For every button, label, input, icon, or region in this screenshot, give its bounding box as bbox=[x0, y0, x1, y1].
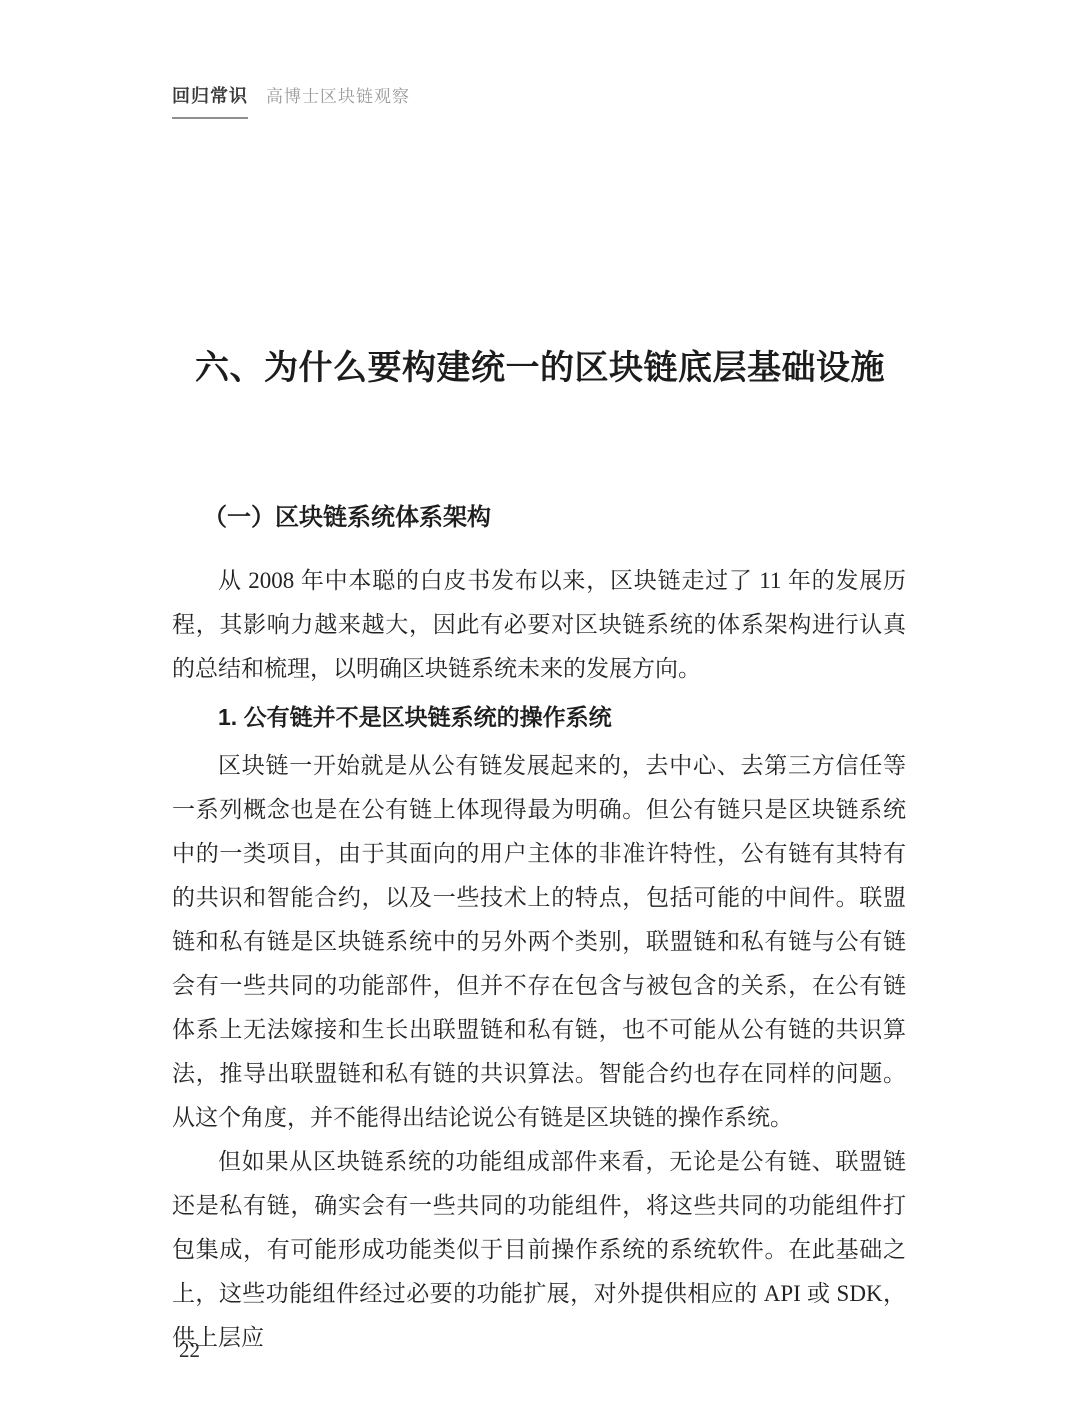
book-page: 回归常识 高博士区块链观察 六、为什么要构建统一的区块链底层基础设施 （一）区块… bbox=[0, 0, 1080, 1419]
header-subtitle: 高博士区块链观察 bbox=[266, 82, 410, 107]
paragraph-1: 从 2008 年中本聪的白皮书发布以来，区块链走过了 11 年的发展历程，其影响… bbox=[172, 559, 906, 691]
page-number: 22 bbox=[179, 1338, 200, 1363]
page-header: 回归常识 高博士区块链观察 bbox=[172, 82, 410, 119]
body-text: 从 2008 年中本聪的白皮书发布以来，区块链走过了 11 年的发展历程，其影响… bbox=[172, 559, 906, 1360]
chapter-title: 六、为什么要构建统一的区块链底层基础设施 bbox=[0, 340, 1080, 389]
subheading-1: 1. 公有链并不是区块链系统的操作系统 bbox=[172, 695, 906, 739]
paragraph-2: 区块链一开始就是从公有链发展起来的，去中心、去第三方信任等一系列概念也是在公有链… bbox=[172, 744, 906, 1140]
brand-title: 回归常识 bbox=[172, 82, 248, 119]
section-heading: （一）区块链系统体系架构 bbox=[203, 497, 491, 532]
paragraph-3: 但如果从区块链系统的功能组成部件来看，无论是公有链、联盟链还是私有链，确实会有一… bbox=[172, 1140, 906, 1360]
